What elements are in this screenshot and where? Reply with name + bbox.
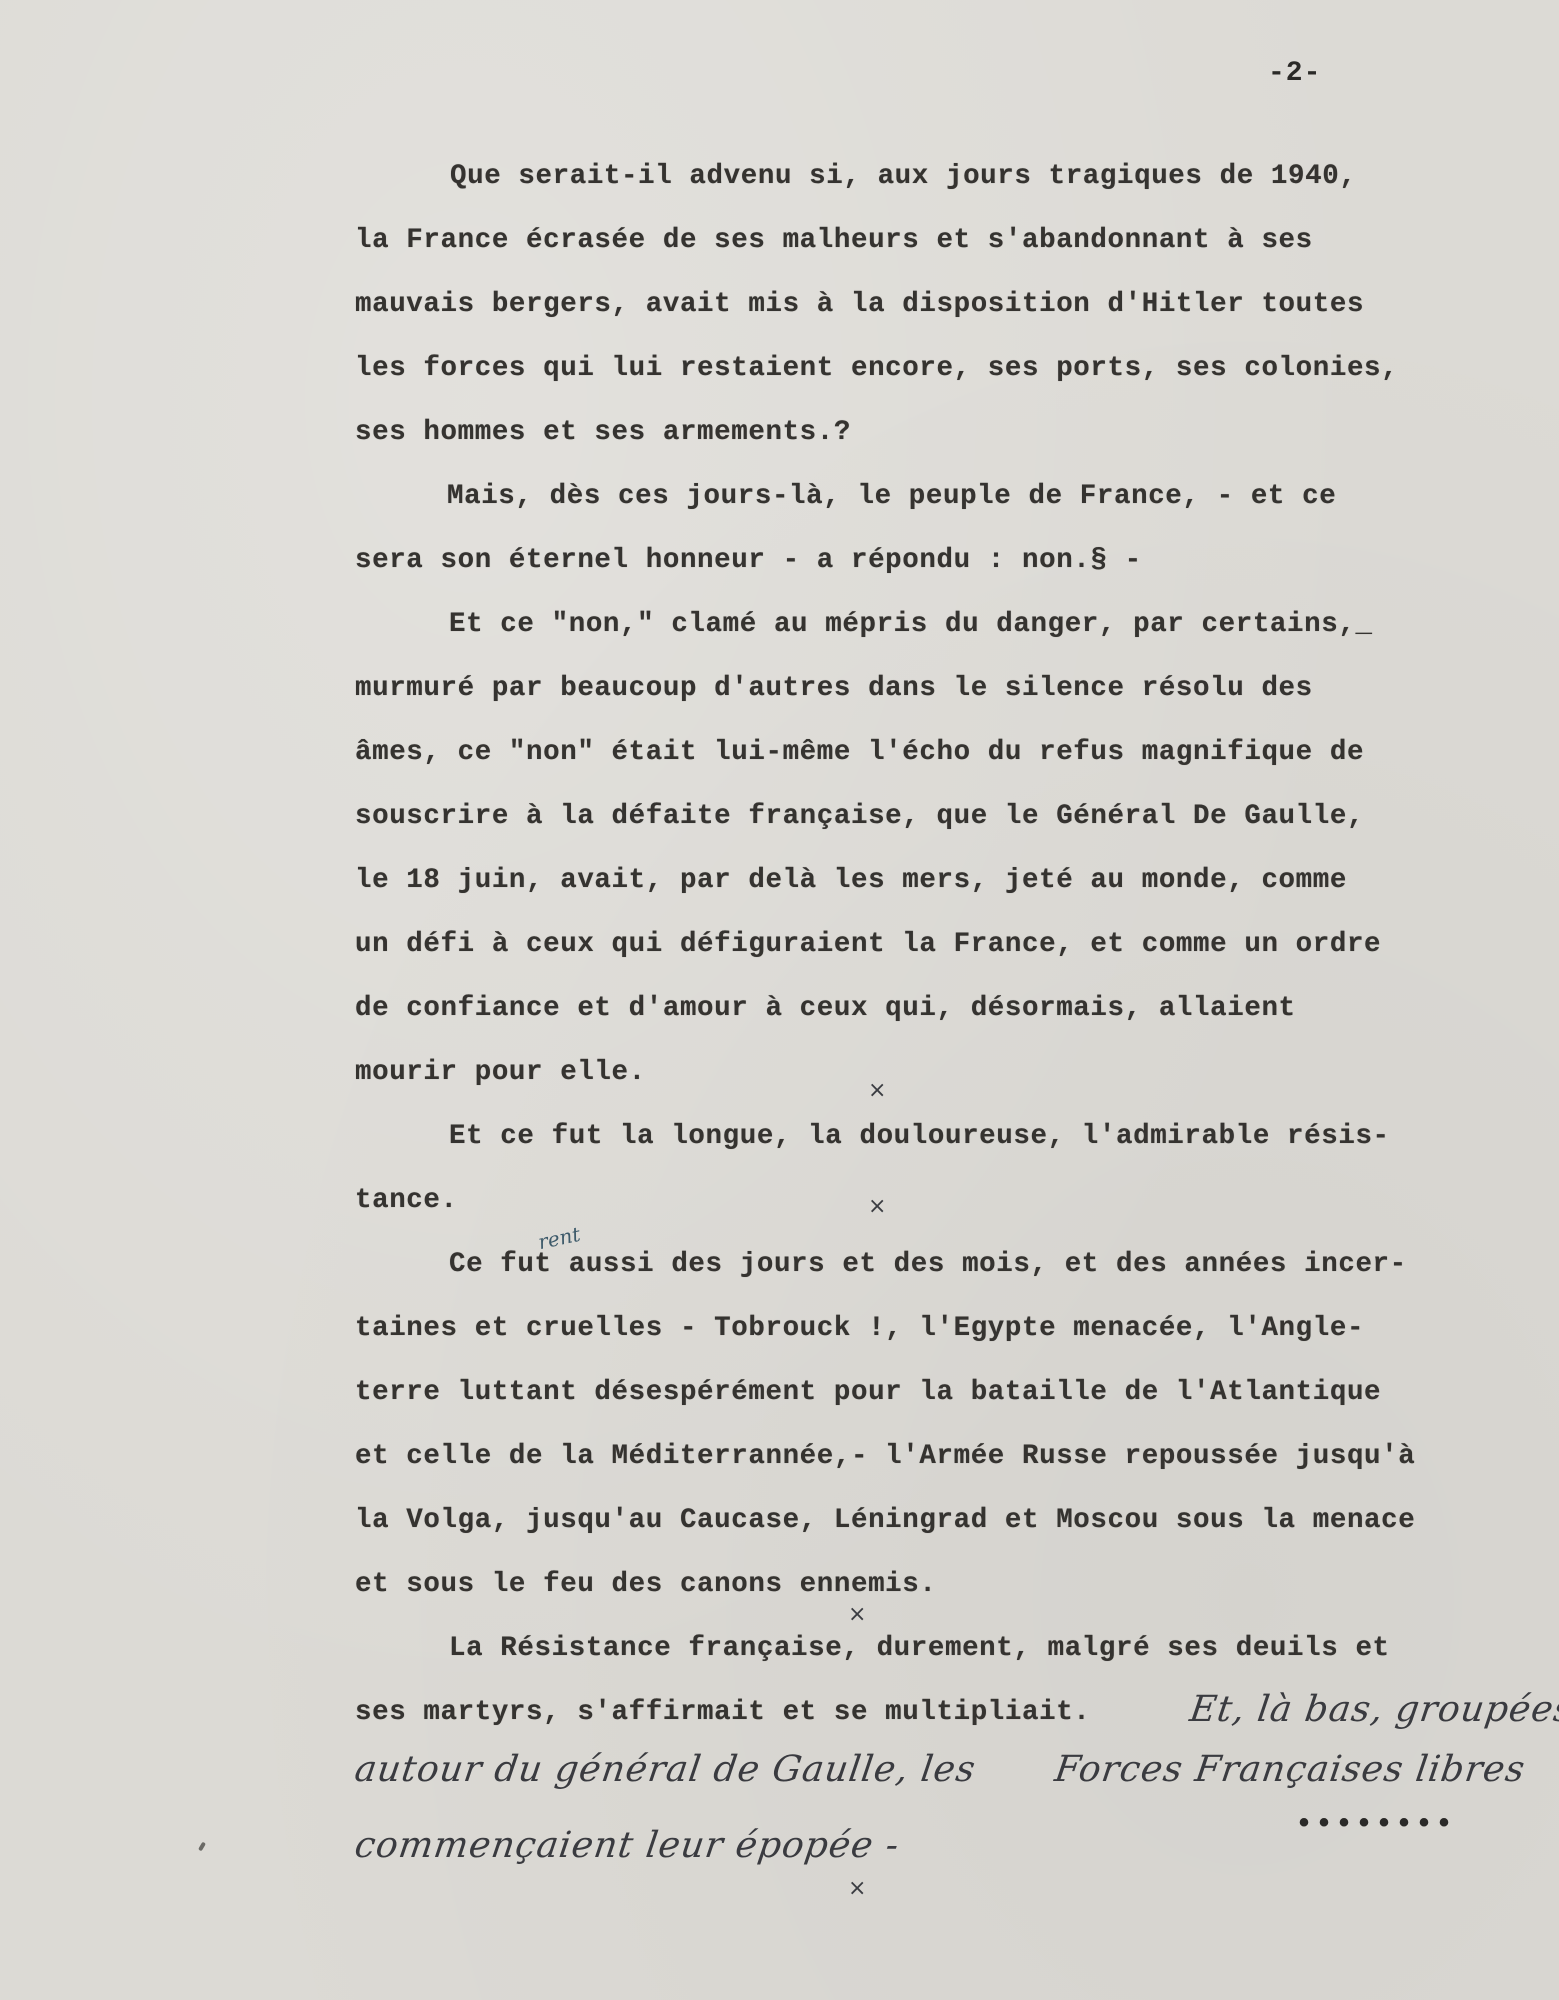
- document-page: -2- Que serait-il advenu si, aux jours t…: [0, 0, 1559, 2000]
- paper-speck: [198, 1842, 206, 1852]
- typed-line: murmuré par beaucoup d'autres dans le si…: [355, 675, 1313, 703]
- typed-line: Ce fut aussi des jours et des mois, et d…: [449, 1251, 1407, 1279]
- page-number: -2-: [1268, 58, 1321, 89]
- ellipsis-dots: ••••••••: [1295, 1810, 1455, 1840]
- handwritten-correction: rent: [536, 1224, 582, 1252]
- typed-line: La Résistance française, durement, malgr…: [449, 1635, 1390, 1663]
- typed-line: Mais, dès ces jours-là, le peuple de Fra…: [447, 483, 1336, 511]
- handwritten-annotation: commençaient leur épopée -: [352, 1828, 901, 1864]
- typed-line: ses hommes et ses armements.?: [355, 419, 851, 447]
- typed-line: mourir pour elle.: [355, 1059, 646, 1087]
- handwritten-annotation: autour du général de Gaulle, les: [352, 1752, 978, 1788]
- typed-line: terre luttant désespérément pour la bata…: [355, 1379, 1381, 1407]
- handwritten-annotation: Et, là bas, groupées: [1187, 1692, 1559, 1728]
- typed-line: souscrire à la défaite française, que le…: [355, 803, 1364, 831]
- margin-cross-mark: ×: [848, 1604, 866, 1626]
- typed-line: un défi à ceux qui défiguraient la Franc…: [355, 931, 1381, 959]
- typed-line: Que serait-il advenu si, aux jours tragi…: [450, 163, 1356, 191]
- typed-line: la Volga, jusqu'au Caucase, Léningrad et…: [355, 1507, 1415, 1535]
- typed-line: Et ce "non," clamé au mépris du danger, …: [449, 611, 1373, 639]
- margin-cross-mark: ×: [848, 1878, 866, 1900]
- typed-line: et celle de la Méditerrannée,- l'Armée R…: [355, 1443, 1415, 1471]
- typed-line: le 18 juin, avait, par delà les mers, je…: [355, 867, 1347, 895]
- typed-line: la France écrasée de ses malheurs et s'a…: [355, 227, 1313, 255]
- typed-line: de confiance et d'amour à ceux qui, déso…: [355, 995, 1296, 1023]
- typed-line: sera son éternel honneur - a répondu : n…: [355, 547, 1142, 575]
- margin-cross-mark: ×: [868, 1196, 886, 1218]
- typed-line: Et ce fut la longue, la douloureuse, l'a…: [449, 1123, 1390, 1151]
- typed-line: et sous le feu des canons ennemis.: [355, 1571, 937, 1599]
- handwritten-annotation: Forces Françaises libres: [1052, 1752, 1527, 1788]
- typed-line: âmes, ce "non" était lui-même l'écho du …: [355, 739, 1364, 767]
- typed-line: tance.: [355, 1187, 458, 1215]
- typed-line: taines et cruelles - Tobrouck !, l'Egypt…: [355, 1315, 1364, 1343]
- typed-line: les forces qui lui restaient encore, ses…: [355, 355, 1398, 383]
- margin-cross-mark: ×: [868, 1080, 886, 1102]
- typed-line: ses martyrs, s'affirmait et se multiplia…: [355, 1699, 1090, 1727]
- typed-line: mauvais bergers, avait mis à la disposit…: [355, 291, 1364, 319]
